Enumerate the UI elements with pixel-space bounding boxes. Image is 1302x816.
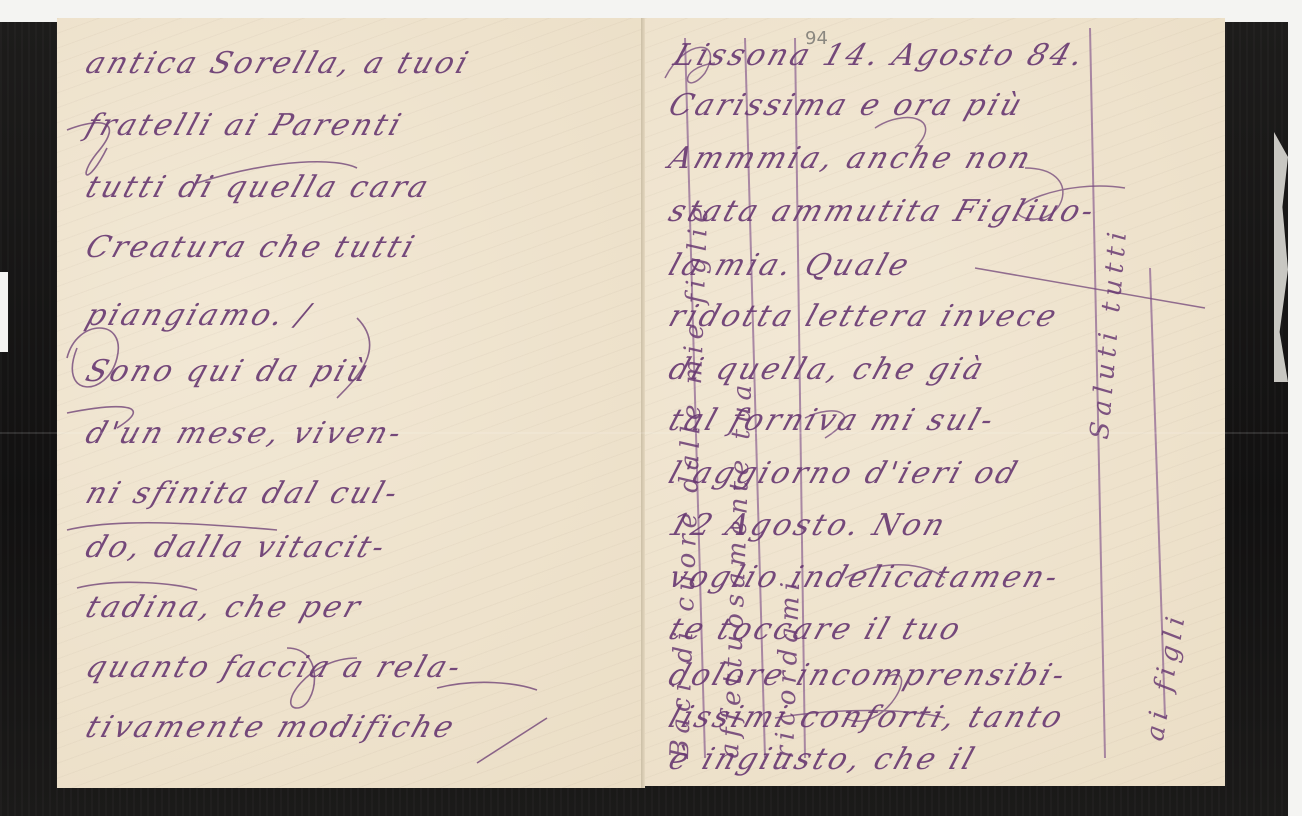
cross-writing-line: ricordami (770, 576, 806, 759)
torn-edge-left (0, 272, 8, 352)
letter-line: 12 Agosto. Non (664, 508, 952, 543)
letter-line: Carissima e ora più (664, 88, 1029, 123)
left-page: antica Sorella, a tuoi fratelli ai Paren… (57, 18, 642, 788)
horizontal-crease (0, 432, 1288, 434)
cross-writing-line: Saluti tutti (1085, 225, 1134, 441)
dateline: Lissona 14. Agosto 84. (669, 38, 1090, 73)
letter-line: antica Sorella, a tuoi (81, 46, 475, 81)
letter-line: ni sfinita dal cul- (81, 476, 404, 511)
letter-line: è ingiusto, che il (664, 742, 981, 777)
letter-line: Sono qui da più (81, 354, 375, 389)
letter-line: fratelli ai Parenti (81, 108, 408, 143)
letter-line: Creatura che tutti (81, 230, 421, 265)
letter-line: do, dalla vitacit- (81, 530, 391, 565)
letter-line: stata ammutita Figliuo- (664, 194, 1101, 229)
cross-writing-line: ai figli (1140, 609, 1192, 744)
letter-line: tivamente modifiche (81, 710, 461, 745)
letter-line: Ammmia, anche non (664, 141, 1037, 176)
letter-line: tutti di quella cara (81, 170, 435, 205)
letter-line: te toccare il tuo (664, 612, 967, 647)
letter-line: quanto faccia a rela- (81, 650, 468, 685)
scanned-letter: antica Sorella, a tuoi fratelli ai Paren… (0, 22, 1288, 816)
letter-line: l'aggiorno d'ieri od (664, 456, 1024, 491)
letter-line: di quella, che già (664, 352, 990, 387)
right-page: 94 Lissona 14. Agosto 84. Carissima (645, 18, 1225, 786)
letter-line: piangiamo. / (81, 298, 316, 333)
letter-line: ridotta lettera invece (664, 299, 1063, 334)
letter-line: tadina, che per (81, 590, 367, 625)
